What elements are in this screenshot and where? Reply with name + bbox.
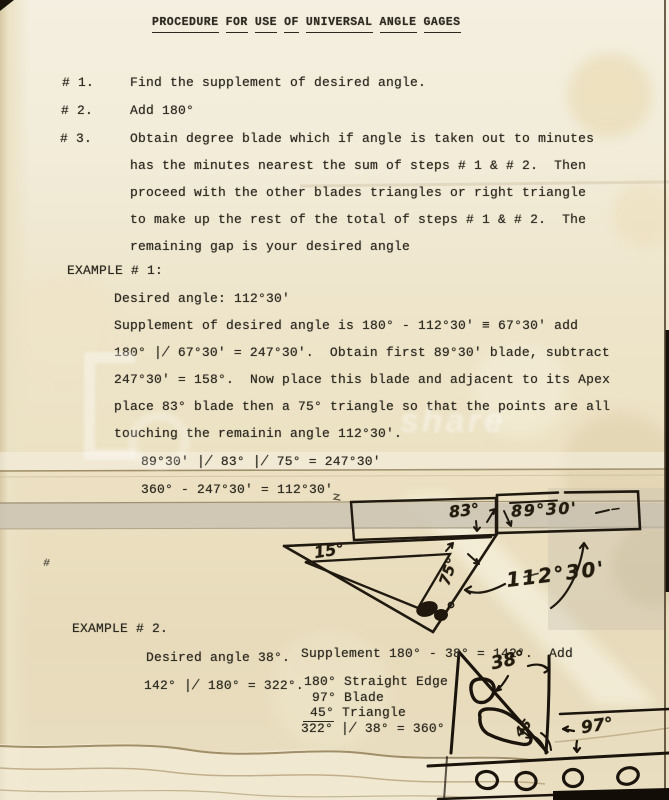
step2-text: Add 180° (130, 103, 194, 118)
example1-line2: Supplement of desired angle is 180° - 11… (114, 318, 578, 333)
example1-heading: EXAMPLE # 1: (67, 263, 163, 278)
step1-text: Find the supplement of desired angle. (130, 75, 426, 90)
step3-line2: has the minutes nearest the sum of steps… (130, 158, 586, 173)
watermark-blob (128, 412, 190, 470)
scanned-document-page: PROCEDUREFORUSEOFUNIVERSALANGLEGAGES # 1… (0, 0, 669, 800)
sum-underlined-value: 45° (303, 705, 334, 722)
step3-line1: Obtain degree blade which if angle is ta… (130, 131, 594, 146)
step2-number: # 2. (61, 103, 93, 118)
diagram1-8930-label: 89°30' (511, 498, 578, 520)
example2-total-line: 322° ∤ 38° = 360° (301, 721, 445, 736)
example2-heading: EXAMPLE # 2. (72, 621, 168, 636)
example2-left-line1: Desired angle 38°. (146, 650, 290, 665)
document-title: PROCEDUREFORUSEOFUNIVERSALANGLEGAGES (152, 15, 468, 33)
step3-line3: proceed with the other blades triangles … (130, 185, 586, 200)
step3-number: # 3. (60, 131, 92, 146)
step3-line5: remaining gap is your desired angle (130, 239, 410, 254)
example1-equation2: 360° - 247°30' = 112°30' (141, 482, 333, 497)
example2-sum-line2: 97° Blade (304, 690, 384, 705)
example2-supplement-line: Supplement 180° - 38° = 142°. Add (301, 646, 573, 661)
diagram1-83deg-label: 83° (448, 499, 480, 521)
example1-line4: 247°30' = 158°. Now place this blade and… (114, 372, 610, 387)
step3-line4: to make up the rest of the total of step… (130, 212, 586, 227)
example2-left-line2: 142° ∤ 180° = 322°. (144, 678, 304, 693)
sum-label: Triangle (334, 705, 406, 720)
example1-line1: Desired angle: 112°30' (114, 291, 290, 306)
step1-number: # 1. (62, 75, 94, 90)
example1-line3: 180° ∤ 67°30' = 247°30'. Obtain first 89… (114, 345, 610, 360)
example1-line5: place 83° blade then a 75° triangle so t… (114, 399, 610, 414)
example2-sum-line1: 180° Straight Edge (304, 674, 448, 689)
example2-sum-line3: 45° Triangle (303, 705, 406, 720)
watermark-text: share (400, 402, 506, 441)
